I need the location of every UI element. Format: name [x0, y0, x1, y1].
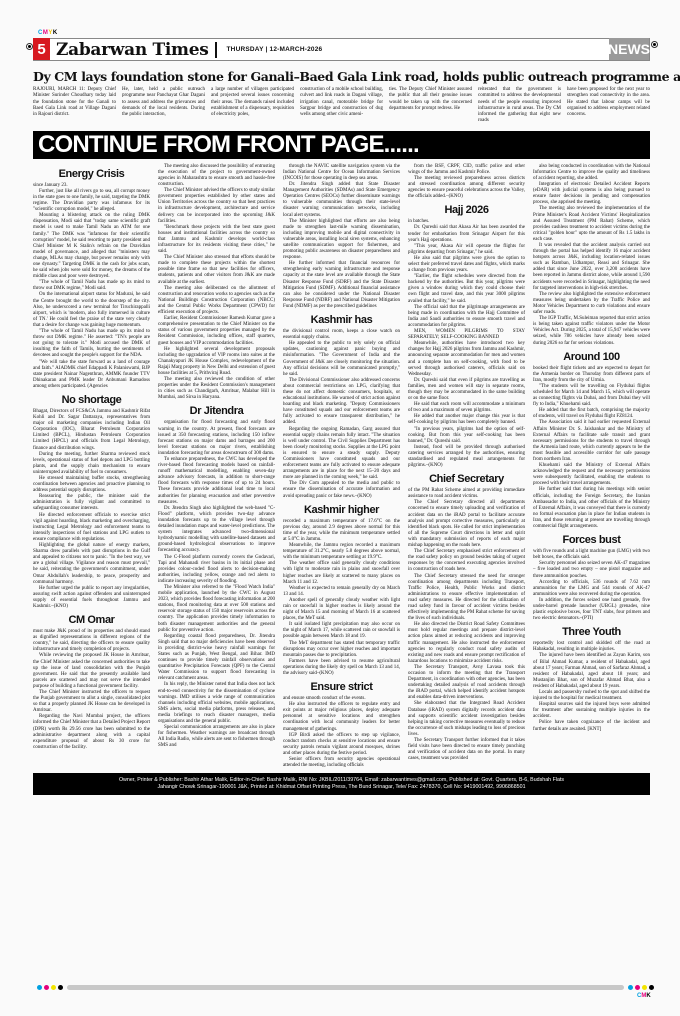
article-paragraph: Regarding the ongoing Ramadan, Garg assu…: [283, 427, 400, 482]
registration-mark: [651, 41, 658, 48]
article-paragraph: It was revealed that the accident analys…: [533, 243, 650, 292]
article-kicker-headline: Chief Secretary: [408, 473, 525, 485]
print-color-dot: [44, 985, 49, 990]
article-paragraph: Dr. Qureshi said that Akasa Air has been…: [408, 225, 525, 243]
article-paragraph: organisation for flood forecasting and e…: [158, 420, 275, 457]
continue-banner: CONTINUE FROM FRONT PAGE......: [33, 131, 650, 159]
article-paragraph: Another spell of generally cloudy weathe…: [283, 598, 400, 622]
print-color-dot: [628, 985, 633, 990]
article-paragraph: Regarding coastal flood preparedness, Dr…: [158, 634, 275, 683]
article-paragraph: During the meeting, further Sharma revie…: [33, 452, 150, 476]
masthead: 5 Zabarwan Times THURSDAY | 12-MARCH-202…: [33, 38, 650, 61]
article-paragraph: While reviewing the proposed JK House in…: [33, 653, 150, 690]
article-paragraph: The weather office said generally cloudy…: [283, 561, 400, 585]
article-paragraph: The Secretary Transport, Avny Lavasa too…: [408, 665, 525, 702]
print-color-dot: [58, 985, 63, 990]
article-paragraph: Meanwhile, the Jammu region recorded a m…: [283, 543, 400, 561]
article-paragraph: The meeting also reviewed the condition …: [158, 377, 275, 401]
section-tag: NEWS: [609, 38, 649, 60]
print-gray-bar: [67, 985, 624, 990]
newspaper-page: 5 Zabarwan Times THURSDAY | 12-MARCH-202…: [33, 38, 650, 795]
lead-headline: Dy CM lays foundation stone for Ganali–B…: [33, 69, 650, 84]
article-columns: Energy Crisissince January 23.Further, j…: [33, 164, 650, 769]
article-paragraph: The Chief Minister advised the officers …: [158, 188, 275, 225]
article-paragraph: Hospital sources said the injured boys w…: [533, 702, 650, 720]
article-kicker-headline: Energy Crisis: [33, 168, 150, 180]
article-paragraph: of the PM Rahat Scheme aimed at providin…: [408, 488, 525, 500]
article-paragraph: The meeting also deliberated on the allo…: [158, 286, 275, 316]
article-kicker-headline: No shortage: [33, 394, 150, 406]
article-paragraph: The Chief Minister instructed the office…: [33, 690, 150, 714]
article-paragraph: Dr. Jitendra Singh added that State Disa…: [283, 182, 400, 219]
imprint-footer: Owner, Printer & Publisher: Bashir Athar…: [33, 773, 650, 795]
print-color-dot: [642, 985, 647, 990]
article-paragraph: He also instructed the officers to regul…: [283, 702, 400, 732]
article-paragraph: reportedly lost control and skidded off …: [533, 641, 650, 653]
article-paragraph: To enhance preparedness, the CWC has dev…: [158, 457, 275, 506]
lead-story-paragraph: ties. The Deputy Chief Minister assured …: [389, 87, 472, 125]
lead-story-paragraph: a large number of villagers participated…: [211, 87, 294, 125]
article-paragraph: The Association said it had earlier requ…: [533, 420, 650, 463]
article-paragraph: He added that the first batch, comprisin…: [533, 408, 650, 420]
article-column: from the BSF, CRPF, CID, traffic police …: [408, 164, 525, 769]
article-paragraph: The meeting reviewed preparedness across…: [408, 176, 525, 200]
article-paragraph: According to officials, 536 rounds of 7.…: [533, 580, 650, 598]
article-paragraph: The Secretary Transport further informed…: [408, 738, 525, 762]
issue-date: THURSDAY | 12-MARCH-2026: [227, 46, 323, 53]
article-kicker-headline: Ensure strict: [283, 681, 400, 693]
article-paragraph: Farmers have been advised to resume agri…: [283, 659, 400, 677]
article-paragraph: Highlighting the global nature of energy…: [33, 543, 150, 586]
article-paragraph: The Divisional Commissioner also address…: [283, 378, 400, 427]
article-paragraph: Khuehami said the Ministry of External A…: [533, 463, 650, 487]
lead-story-paragraph: have been proposed for the next year to …: [567, 87, 650, 125]
cmyk-label-bottom: CMK: [637, 993, 651, 999]
article-paragraph: Instead, food will be provided through a…: [408, 445, 525, 469]
article-paragraph: Earlier, Resident Commissioner Ramesh Ku…: [158, 316, 275, 346]
article-paragraph: "The students will be travelling on Flyd…: [533, 384, 650, 408]
article-paragraph: The official said that the pilgrimage ar…: [408, 305, 525, 329]
imprint-line-2: Jahangir Chowk Srinagar-190001 J&K, Prin…: [37, 784, 646, 791]
article-paragraph: Dr. Jitendra Singh also highlighted the …: [158, 506, 275, 555]
article-paragraph: Mounting a blistering attack on the ruli…: [33, 213, 150, 280]
article-paragraph: He said that each room will accommodate …: [408, 402, 525, 414]
article-paragraph: the divisional control room, keeps a clo…: [283, 329, 400, 341]
article-paragraph: The Chief Minister also stressed that ef…: [158, 255, 275, 285]
article-paragraph: Weather is expected to remain generally …: [283, 586, 400, 598]
registration-mark: [26, 43, 33, 50]
article-paragraph: "Benchmark these projects with the best …: [158, 225, 275, 255]
article-paragraph: booked their flight tickets and are expe…: [533, 366, 650, 384]
article-paragraph: Meanwhile, authorities have introduced t…: [408, 341, 525, 378]
article-paragraph: Locals and passersby rushed to the spot …: [533, 690, 650, 702]
article-paragraph: "We will take the state forward as a lan…: [33, 360, 150, 390]
article-paragraph: The Chief Secretary emphasised strict en…: [408, 549, 525, 573]
article-column: through the NAVIC satellite navigation s…: [283, 164, 400, 769]
article-paragraph: He also directed the District Road Safet…: [408, 622, 525, 665]
article-paragraph: through the NAVIC satellite navigation s…: [283, 164, 400, 182]
lead-story-body: RAJOURI, MARCH 11: Deputy Chief Minister…: [33, 87, 650, 125]
article-paragraph: recorded a maximum temperature of 17.6°C…: [283, 519, 400, 543]
lead-story-paragraph: reiterated that the government is commit…: [478, 87, 561, 125]
article-kicker-headline: Hajj 2026: [408, 204, 525, 216]
article-paragraph: The review also highlighted the extensiv…: [533, 292, 650, 316]
article-paragraph: It said isolated light precipitation may…: [283, 622, 400, 640]
paper-name: Zabarwan Times: [56, 40, 209, 60]
article-paragraph: "Earlier, the flight schedules were dire…: [408, 274, 525, 304]
article-paragraph: Dr. Qureshi said that even if pilgrims a…: [408, 378, 525, 402]
article-paragraph: Security personnel also seized seven AK-…: [533, 561, 650, 579]
article-paragraph: with five rounds and a light machine gun…: [533, 549, 650, 561]
lead-story-paragraph: construction of a mobile school building…: [300, 87, 383, 125]
article-paragraph: He highlighted several development propo…: [158, 347, 275, 377]
article-kicker-headline: Kashmir has: [283, 314, 400, 326]
article-paragraph: He also said that pilgrims were given th…: [408, 256, 525, 274]
print-color-strip: [37, 984, 654, 990]
cmyk-label-top: CMYK: [38, 30, 58, 36]
article-kicker-headline: Three Youth: [533, 626, 650, 638]
lead-story-paragraph: RAJOURI, MARCH 11: Deputy Chief Minister…: [33, 87, 116, 125]
article-paragraph: Special communication arrangements are a…: [158, 725, 275, 749]
article-kicker-headline: Forces bust: [533, 534, 650, 546]
article-paragraph: must make J&K proud of its properties an…: [33, 629, 150, 653]
article-paragraph: The injured have been identified as Zaya…: [533, 653, 650, 690]
imprint-line-1: Owner, Printer & Publisher: Bashir Athar…: [37, 777, 646, 784]
article-paragraph: IGP Birdi asked the officers to step up …: [283, 733, 400, 757]
article-paragraph: also being conducted in coordination wit…: [533, 164, 650, 182]
article-paragraph: from the BSF, CRPF, CID, traffic police …: [408, 164, 525, 176]
article-paragraph: Further, just like all rivers go to sea,…: [33, 189, 150, 213]
article-paragraph: The Chief Secretary stressed the need fo…: [408, 574, 525, 623]
article-paragraph: MEN, WOMEN PILGRIMS TO STAY SEPARATELY; …: [408, 329, 525, 341]
article-paragraph: Reassuring the public, the minister said…: [33, 494, 150, 512]
article-paragraph: Regarding the Navi Mumbai project, the o…: [33, 714, 150, 751]
article-paragraph: The MeT department has stated that tempo…: [283, 641, 400, 659]
print-color-dot: [649, 985, 654, 990]
article-paragraph: "In previous years, pilgrims had the opt…: [408, 427, 525, 445]
article-paragraph: The C-Flood platform currently covers th…: [158, 555, 275, 585]
article-paragraph: She elaborated that the Integrated Road …: [408, 701, 525, 738]
article-kicker-headline: CM Omar: [33, 614, 150, 626]
article-paragraph: The Minister also referred to the "Flood…: [158, 585, 275, 634]
article-paragraph: Police have taken cognizance of the inci…: [533, 720, 650, 732]
page-number: 5: [33, 38, 50, 60]
article-paragraph: In addition, the forces seized one hand …: [533, 598, 650, 622]
article-paragraph: He further informed that financial resou…: [283, 261, 400, 310]
article-paragraph: The meeting also discussed the possibili…: [158, 164, 275, 188]
article-paragraph: In his reply, the Minister noted that In…: [158, 682, 275, 725]
article-kicker-headline: Dr Jitendra: [158, 405, 275, 417]
article-paragraph: He further said that during his meetings…: [533, 487, 650, 530]
article-paragraph: Bhagat, Directors of FCS&CA Jammu and Ka…: [33, 409, 150, 452]
print-color-dot: [635, 985, 640, 990]
print-color-dot: [37, 985, 42, 990]
article-column: also being conducted in coordination wit…: [533, 164, 650, 769]
article-kicker-headline: Around 100: [533, 351, 650, 363]
print-color-dot: [51, 985, 56, 990]
article-kicker-headline: Kashmir higher: [283, 504, 400, 516]
article-paragraph: "The whole of Tamil Nadu has made up its…: [33, 280, 150, 292]
article-paragraph: The IGP Traffic, M.Suleiman reported tha…: [533, 316, 650, 346]
article-paragraph: He appealed to the public to rely solely…: [283, 341, 400, 378]
article-column: Energy Crisissince January 23.Further, j…: [33, 164, 150, 769]
masthead-divider: [215, 42, 217, 58]
article-paragraph: The Div Com appealed to the media and pu…: [283, 481, 400, 499]
article-paragraph: The meeting also reviewed the implementa…: [533, 206, 650, 243]
article-column: The meeting also discussed the possibili…: [158, 164, 275, 769]
article-paragraph: He added that another major change this …: [408, 414, 525, 426]
article-paragraph: The Chief Secretary directed all departm…: [408, 500, 525, 549]
article-paragraph: On the international airport status for …: [33, 292, 150, 329]
article-paragraph: He stressed maintaining buffer stocks, s…: [33, 476, 150, 494]
article-paragraph: He directed enforcement officials to exe…: [33, 513, 150, 543]
article-paragraph: "The whole of Tamil Nadu has made up its…: [33, 329, 150, 359]
article-paragraph: Senior officers from security agencies o…: [283, 757, 400, 769]
article-paragraph: The Minister highlighted that efforts ar…: [283, 219, 400, 262]
article-paragraph: "This year, Akasa Air will operate the f…: [408, 244, 525, 256]
article-paragraph: Integration of electronic Detailed Accid…: [533, 182, 650, 206]
article-paragraph: He further urged the public to report an…: [33, 586, 150, 610]
lead-story-paragraph: He, later, held a public outreach progra…: [122, 87, 205, 125]
